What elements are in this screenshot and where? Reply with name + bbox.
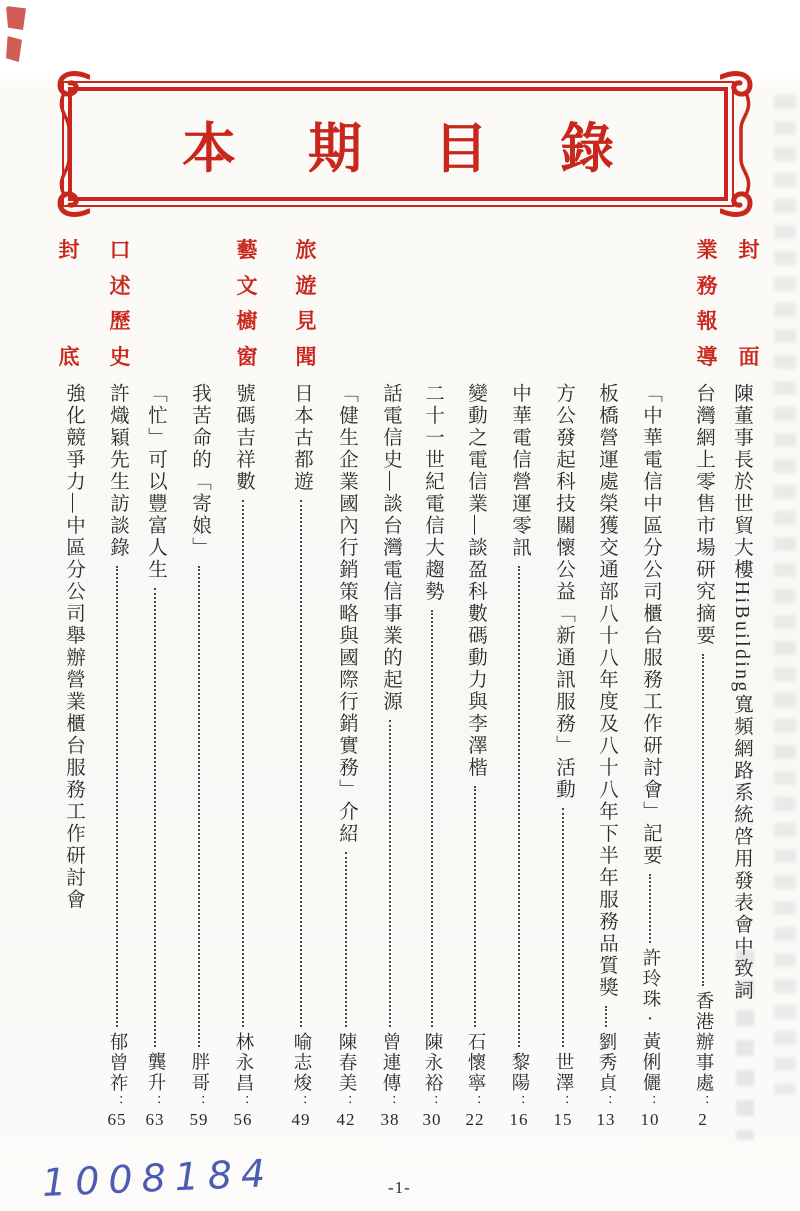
toc-entry-page: 22	[466, 1110, 485, 1130]
dotted-leader	[389, 720, 391, 1027]
toc-entry-author: 胖哥	[186, 1052, 212, 1093]
toc-entry: 「健生企業國內行銷策略與國際行銷實務」介紹陳春美：42	[333, 383, 359, 1130]
toc-entry-page: 65	[108, 1110, 127, 1130]
dotted-leader	[431, 610, 433, 1027]
colon-separator: ：	[384, 1095, 397, 1108]
dotted-leader	[198, 566, 200, 1047]
toc-entry: 變動之電信業—談盈科數碼動力與李澤楷石懷寧：22	[462, 383, 488, 1130]
toc-entry-title: 強化競爭力—中區分公司舉辦營業櫃台服務工作研討會	[60, 383, 86, 911]
toc-entry-title: 日本古都遊	[288, 383, 314, 493]
toc-section-header-char: 文	[237, 276, 258, 297]
toc-entry-title: 變動之電信業—談盈科數碼動力與李澤楷	[462, 383, 488, 779]
footer-page-number: -1-	[388, 1178, 411, 1198]
dotted-leader	[562, 808, 564, 1047]
toc-entry-title: 許熾穎先生訪談錄	[104, 383, 130, 559]
toc-entry-title: 「中華電信中區分公司櫃台服務工作研討會」記要	[637, 383, 663, 867]
toc-section-header-藝文櫥窗: 藝文櫥窗	[234, 240, 260, 368]
dotted-leader	[242, 500, 244, 1027]
toc-entry: 強化競爭力—中區分公司舉辦營業櫃台服務工作研討會	[60, 383, 86, 1130]
toc-entry-author: 郁曾祚	[104, 1032, 130, 1094]
colon-separator: ：	[295, 1095, 308, 1108]
toc-entry: 陳董事長於世貿大樓HiBuilding寬頻網路系統啓用發表會中致詞	[728, 383, 754, 1130]
colon-separator: ：	[340, 1095, 353, 1108]
dotted-leader	[474, 786, 476, 1027]
toc-section-header-char: 底	[59, 347, 80, 368]
toc-entry-page: 10	[641, 1110, 660, 1130]
toc-entry-page: 15	[554, 1110, 573, 1130]
toc-entry: 「忙」可以豐富人生龔升：63	[142, 383, 168, 1130]
colon-separator: ：	[469, 1095, 482, 1108]
colon-separator: ：	[644, 1095, 657, 1108]
toc-entry-author: 龔升	[142, 1052, 168, 1093]
toc-section-header-char: 面	[739, 347, 760, 368]
toc-entry-author: 黎陽	[506, 1052, 532, 1093]
colon-separator: ：	[193, 1095, 206, 1108]
toc-entry-page: 13	[597, 1110, 616, 1130]
toc-entry: 板橋營運處榮獲交通部八十八年度及八十八年下半年服務品質獎劉秀貞：13	[593, 383, 619, 1130]
toc-section-header-char: 封	[59, 240, 80, 261]
dotted-leader	[605, 1006, 607, 1027]
toc-section-header-char: 歷	[110, 311, 131, 332]
toc-entry-page: 63	[146, 1110, 165, 1130]
toc-entry: 中華電信營運零訊黎陽：16	[506, 383, 532, 1130]
toc-entry: 「中華電信中區分公司櫃台服務工作研討會」記要許玲珠·黃俐儷：10	[637, 383, 663, 1130]
toc-entry-page: 59	[190, 1110, 209, 1130]
toc-section-header-char: 聞	[296, 347, 317, 368]
toc-section-header-口述歷史: 口述歷史	[107, 240, 133, 368]
toc-entry-author: 陳永裕	[419, 1032, 445, 1094]
toc-entry-author: 林永昌	[230, 1032, 256, 1094]
toc-entry-title: 我苦命的「寄娘」	[186, 383, 212, 559]
dotted-leader	[702, 654, 704, 986]
toc-entry: 號碼吉祥數林永昌：56	[230, 383, 256, 1130]
toc-entry-title: 二十一世紀電信大趨勢	[419, 383, 445, 603]
toc-entry-page: 56	[234, 1110, 253, 1130]
toc-entry-author: 許玲珠·黃俐儷	[637, 948, 663, 1093]
dotted-leader	[116, 566, 118, 1027]
toc-section-header-char: 導	[697, 347, 718, 368]
toc-section-header-char: 封	[739, 240, 760, 261]
toc-entry-author: 劉秀貞	[593, 1032, 619, 1094]
toc-entry-author: 世澤	[550, 1052, 576, 1093]
toc-entry: 日本古都遊喻志焌：49	[288, 383, 314, 1130]
toc-entry-page: 16	[510, 1110, 529, 1130]
toc-entry-page: 38	[381, 1110, 400, 1130]
toc-section-header-業務報導: 業務報導	[694, 240, 720, 368]
toc-section-header-char: 窗	[237, 347, 258, 368]
colon-separator: ：	[600, 1095, 613, 1108]
colon-separator: ：	[149, 1095, 162, 1108]
toc-entry: 話電信史—談台灣電信事業的起源曾連傳：38	[377, 383, 403, 1130]
toc-entry-page: 49	[292, 1110, 311, 1130]
colon-separator: ：	[697, 1095, 710, 1108]
toc-entry: 我苦命的「寄娘」胖哥：59	[186, 383, 212, 1130]
toc-entry-title: 板橋營運處榮獲交通部八十八年度及八十八年下半年服務品質獎	[593, 383, 619, 999]
toc-section-header-char: 櫥	[237, 311, 258, 332]
colon-separator: ：	[557, 1095, 570, 1108]
toc-entry-page: 30	[423, 1110, 442, 1130]
toc-entry-author: 曾連傳	[377, 1032, 403, 1094]
toc-section-header-旅遊見聞: 旅遊見聞	[293, 240, 319, 368]
dotted-leader	[649, 874, 651, 943]
toc-section-header-char: 遊	[296, 276, 317, 297]
toc-section-header-char: 見	[296, 311, 317, 332]
toc-entry-title: 話電信史—談台灣電信事業的起源	[377, 383, 403, 713]
toc-entry-page: 42	[337, 1110, 356, 1130]
colon-separator: ：	[237, 1095, 250, 1108]
toc-entry-title: 「忙」可以豐富人生	[142, 383, 168, 581]
dotted-leader	[345, 852, 347, 1027]
toc-entry-author: 喻志焌	[288, 1032, 314, 1094]
toc-entry-author: 香港辦事處	[690, 991, 716, 1094]
toc-entry-author: 石懷寧	[462, 1032, 488, 1094]
dotted-leader	[154, 588, 156, 1047]
dotted-leader	[300, 500, 302, 1027]
toc-section-header-char: 旅	[296, 240, 317, 261]
toc-entry-title: 台灣網上零售市場研究摘要	[690, 383, 716, 647]
toc-section-header-封面: 封面	[736, 240, 762, 368]
toc-entry: 方公發起科技關懷公益「新通訊服務」活動世澤：15	[550, 383, 576, 1130]
toc-entry-title: 號碼吉祥數	[230, 383, 256, 493]
colon-separator: ：	[426, 1095, 439, 1108]
toc-entry-title: 陳董事長於世貿大樓HiBuilding寬頻網路系統啓用發表會中致詞	[728, 383, 754, 1002]
colon-separator: ：	[513, 1095, 526, 1108]
toc-entry: 二十一世紀電信大趨勢陳永裕：30	[419, 383, 445, 1130]
toc-columns: 封面陳董事長於世貿大樓HiBuilding寬頻網路系統啓用發表會中致詞業務報導台…	[0, 0, 800, 1211]
toc-entry-page: 2	[698, 1110, 708, 1130]
toc-entry-title: 中華電信營運零訊	[506, 383, 532, 559]
toc-entry-title: 「健生企業國內行銷策略與國際行銷實務」介紹	[333, 383, 359, 845]
toc-section-header-封底: 封底	[56, 240, 82, 368]
toc-section-header-char: 史	[110, 347, 131, 368]
toc-section-header-char: 藝	[237, 240, 258, 261]
toc-entry: 許熾穎先生訪談錄郁曾祚：65	[104, 383, 130, 1130]
toc-entry-title: 方公發起科技關懷公益「新通訊服務」活動	[550, 383, 576, 801]
toc-section-header-char: 口	[110, 240, 131, 261]
toc-section-header-char: 業	[697, 240, 718, 261]
toc-section-header-char: 務	[697, 276, 718, 297]
dotted-leader	[518, 566, 520, 1047]
toc-entry-author: 陳春美	[333, 1032, 359, 1094]
toc-section-header-char: 報	[697, 311, 718, 332]
colon-separator: ：	[111, 1095, 124, 1108]
toc-entry: 台灣網上零售市場研究摘要香港辦事處：2	[690, 383, 716, 1130]
toc-section-header-char: 述	[110, 276, 131, 297]
